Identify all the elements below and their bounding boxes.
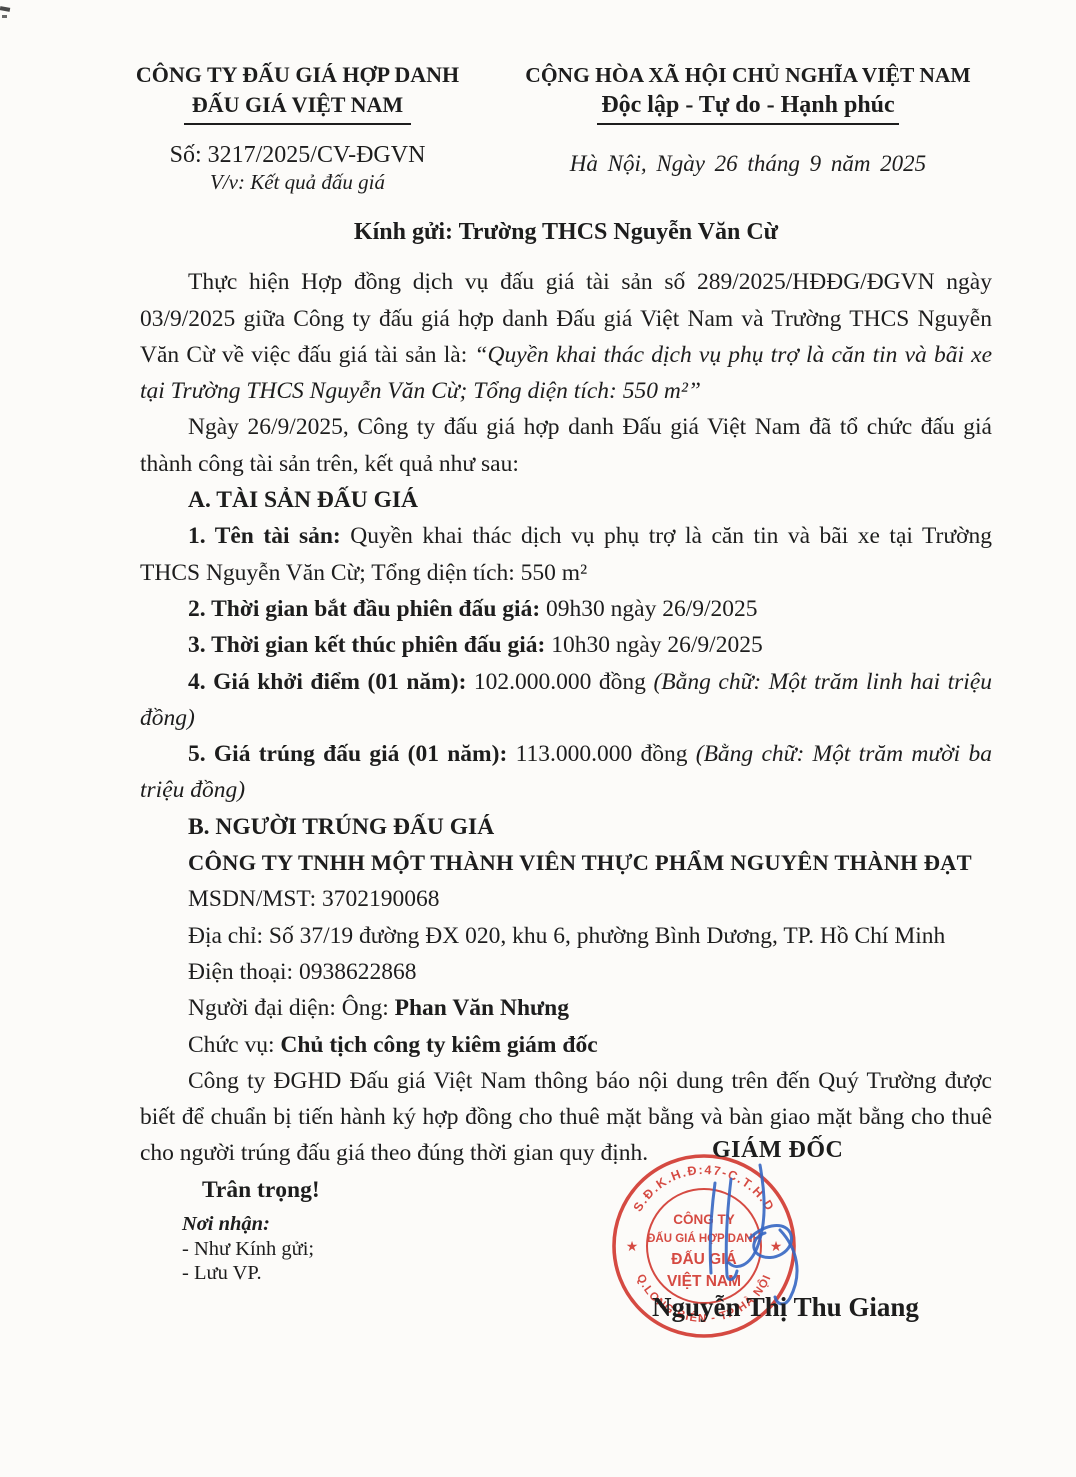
- section-a-title: A. TÀI SẢN ĐẤU GIÁ: [140, 482, 992, 518]
- national-motto-line1: CỘNG HÒA XÃ HỘI CHỦ NGHĨA VIỆT NAM: [498, 60, 998, 90]
- doc-subject: V/v: Kết quả đấu giá: [75, 169, 520, 195]
- signature-stroke: [729, 1165, 764, 1267]
- item-end-time: 3. Thời gian kết thúc phiên đấu giá: 10h…: [140, 627, 992, 663]
- date-line: Hà Nội, Ngày 26 tháng 9 năm 2025: [498, 151, 998, 177]
- national-motto-line2: Độc lập - Tự do - Hạnh phúc: [597, 90, 898, 125]
- winner-representative: Người đại diện: Ông: Phan Văn Nhưng: [140, 990, 992, 1026]
- regards-line: Trân trọng!: [140, 1172, 992, 1208]
- document-page: CÔNG TY ĐẤU GIÁ HỢP DANH ĐẤU GIÁ VIỆT NA…: [0, 0, 1076, 1477]
- paragraph-contract: Thực hiện Hợp đồng dịch vụ đấu giá tài s…: [140, 264, 992, 409]
- scan-artifact: [2, 15, 7, 18]
- recipients-item: - Lưu VP.: [182, 1261, 992, 1286]
- winner-phone: Điện thoại: 0938622868: [140, 954, 992, 990]
- item-start-time: 2. Thời gian bắt đầu phiên đấu giá: 09h3…: [140, 591, 992, 627]
- item-starting-price: 4. Giá khởi điểm (01 năm): 102.000.000 đ…: [140, 664, 992, 737]
- letterhead-national: CỘNG HÒA XÃ HỘI CHỦ NGHĨA VIỆT NAM Độc l…: [498, 60, 998, 177]
- document-body: Kính gửi: Trường THCS Nguyễn Văn Cừ Thực…: [140, 214, 992, 1286]
- recipients-item: - Như Kính gửi;: [182, 1237, 992, 1262]
- scan-artifact: [0, 6, 10, 12]
- paragraph-result: Ngày 26/9/2025, Công ty đấu giá hợp danh…: [140, 409, 992, 482]
- item-asset-name: 1. Tên tài sản: Quyền khai thác dịch vụ …: [140, 518, 992, 591]
- signer-name: Nguyễn Thị Thu Giang: [652, 1292, 932, 1323]
- signature-title: GIÁM ĐỐC: [712, 1137, 843, 1164]
- stamp-star-icon: ★: [626, 1238, 639, 1254]
- signature-stroke: [710, 1183, 715, 1273]
- winner-address: Địa chỉ: Số 37/19 đường ĐX 020, khu 6, p…: [140, 918, 992, 954]
- recipients-block: Nơi nhận: - Như Kính gửi; - Lưu VP.: [182, 1212, 992, 1286]
- recipients-label: Nơi nhận:: [182, 1212, 992, 1237]
- winner-company-name: CÔNG TY TNHH MỘT THÀNH VIÊN THỰC PHẨM NG…: [140, 845, 992, 881]
- letterhead-org: CÔNG TY ĐẤU GIÁ HỢP DANH ĐẤU GIÁ VIỆT NA…: [75, 60, 520, 195]
- recipient-line: Kính gửi: Trường THCS Nguyễn Văn Cừ: [140, 214, 992, 250]
- org-name-line2: ĐẤU GIÁ VIỆT NAM: [184, 90, 411, 125]
- signature-stroke: [750, 1226, 791, 1258]
- org-name-line1: CÔNG TY ĐẤU GIÁ HỢP DANH: [75, 60, 520, 90]
- paragraph-closing: Công ty ĐGHD Đấu giá Việt Nam thông báo …: [140, 1063, 992, 1172]
- doc-number: Số: 3217/2025/CV-ĐGVN: [75, 141, 520, 169]
- item-winning-price: 5. Giá trúng đấu giá (01 năm): 113.000.0…: [140, 736, 992, 809]
- winner-tax-id: MSDN/MST: 3702190068: [140, 881, 992, 917]
- section-b-title: B. NGƯỜI TRÚNG ĐẤU GIÁ: [140, 809, 992, 845]
- winner-role: Chức vụ: Chủ tịch công ty kiêm giám đốc: [140, 1027, 992, 1063]
